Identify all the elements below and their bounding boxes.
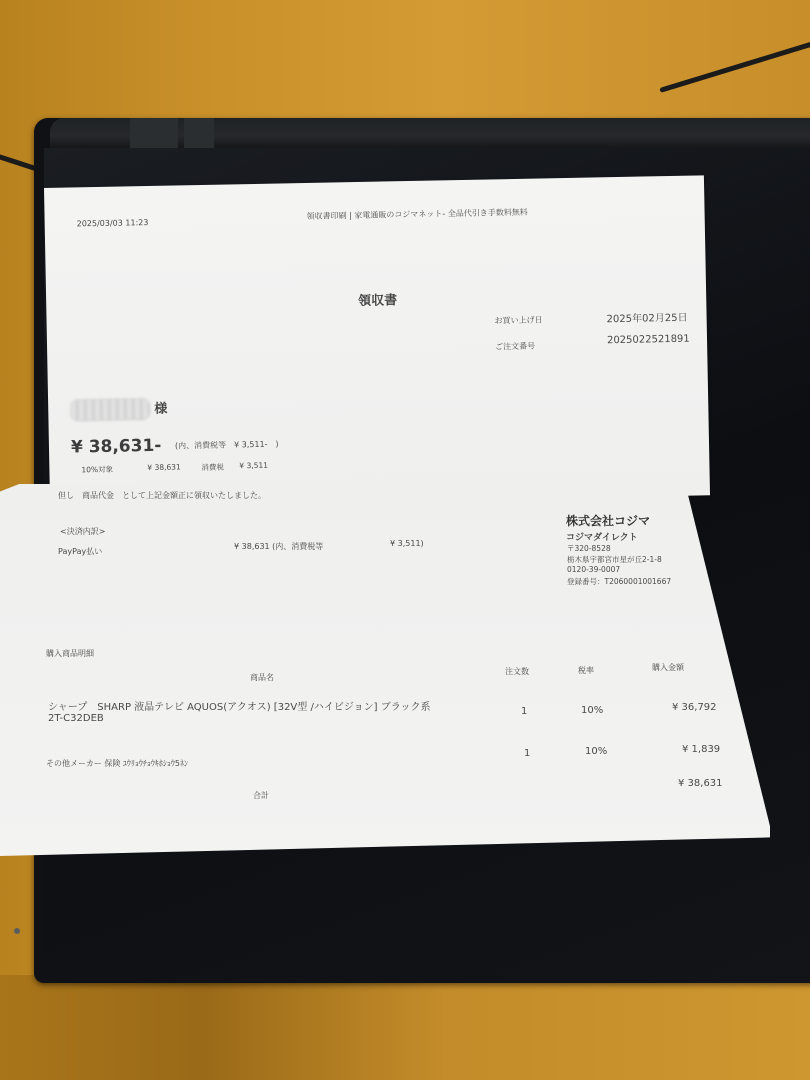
proviso-text: 但し 商品代金 として上記金額正に領収いたしました。 [58,490,266,501]
tablet-button [184,118,214,151]
payment-amount: ¥ 38,631 (内、消費税等 [234,541,323,552]
column-product-name: 商品名 [250,672,274,683]
order-number-label: ご注文番号 [495,341,535,353]
total-tax-note: (内、消費税等 ¥ 3,511- ) [175,439,279,452]
print-datetime: 2025/03/03 11:23 [77,218,149,228]
column-tax-rate: 税率 [578,665,594,676]
items-heading: 購入商品明細 [46,648,94,659]
dust-speck [14,928,20,934]
redacted-name [70,398,150,422]
tax-amount: ¥ 3,511 [239,461,268,471]
purchase-date-label: お買い上げ日 [495,314,543,326]
column-quantity: 注文数 [505,666,529,677]
issuer-phone: 0120-39-0007 [567,565,620,574]
total-amount: ¥ 38,631- [71,436,162,458]
recipient-suffix: 様 [154,398,167,417]
item-tax-rate: 10% [581,705,603,716]
wooden-table-front [0,975,810,1080]
item-model: 2T-C32DEB [48,713,104,724]
tax-label: 消費税 [201,462,224,473]
tax-category-amount: ¥ 38,631 [147,462,181,472]
item-tax-rate: 10% [585,746,607,757]
issuer-address: 栃木県宇都宮市星が丘2-1-8 [567,554,662,565]
issuer-division: コジマダイレクト [566,530,638,543]
item-name: シャープ SHARP 液晶テレビ AQUOS(アクオス) [32V型 /ハイビジ… [48,698,431,713]
item-amount: ¥ 1,839 [682,744,720,755]
column-amount: 購入金額 [652,662,684,673]
total-label: 合計 [253,790,269,801]
payment-method: PayPay払い [58,546,102,557]
item-name: その他メーカー 保険 ﾕｳﾘｮｳﾁｮｳｷﾎｼｮｳ5ﾈﾝ [46,758,188,769]
receipt-sheet-bottom: 但し 商品代金 として上記金額正に領収いたしました。 <決済内訳> PayPay… [0,484,770,856]
purchase-date: 2025年02月25日 [606,309,687,326]
receipt-sheet-top: 2025/03/03 11:23 領収書印刷 | 家電通販のコジマネット- 全品… [44,175,710,508]
payment-tax: ¥ 3,511) [390,539,424,548]
item-qty: 1 [524,748,530,759]
tax-category-label: 10%対象 [81,464,113,476]
issuer-postal: 〒320-8528 [567,543,611,554]
payment-heading: <決済内訳> [60,526,105,537]
receipt-title: 領収書 [358,289,397,309]
item-amount: ¥ 36,792 [672,702,717,713]
order-number: 2025022521891 [607,334,690,347]
issuer-company: 株式会社コジマ [566,512,650,529]
items-total-amount: ¥ 38,631 [678,778,723,789]
tablet-button [130,118,178,151]
print-page-title: 領収書印刷 | 家電通販のコジマネット- 全品代引き手数料無料 [306,207,527,222]
item-qty: 1 [521,706,527,717]
issuer-registration: 登録番号：T2060001001667 [567,576,671,587]
